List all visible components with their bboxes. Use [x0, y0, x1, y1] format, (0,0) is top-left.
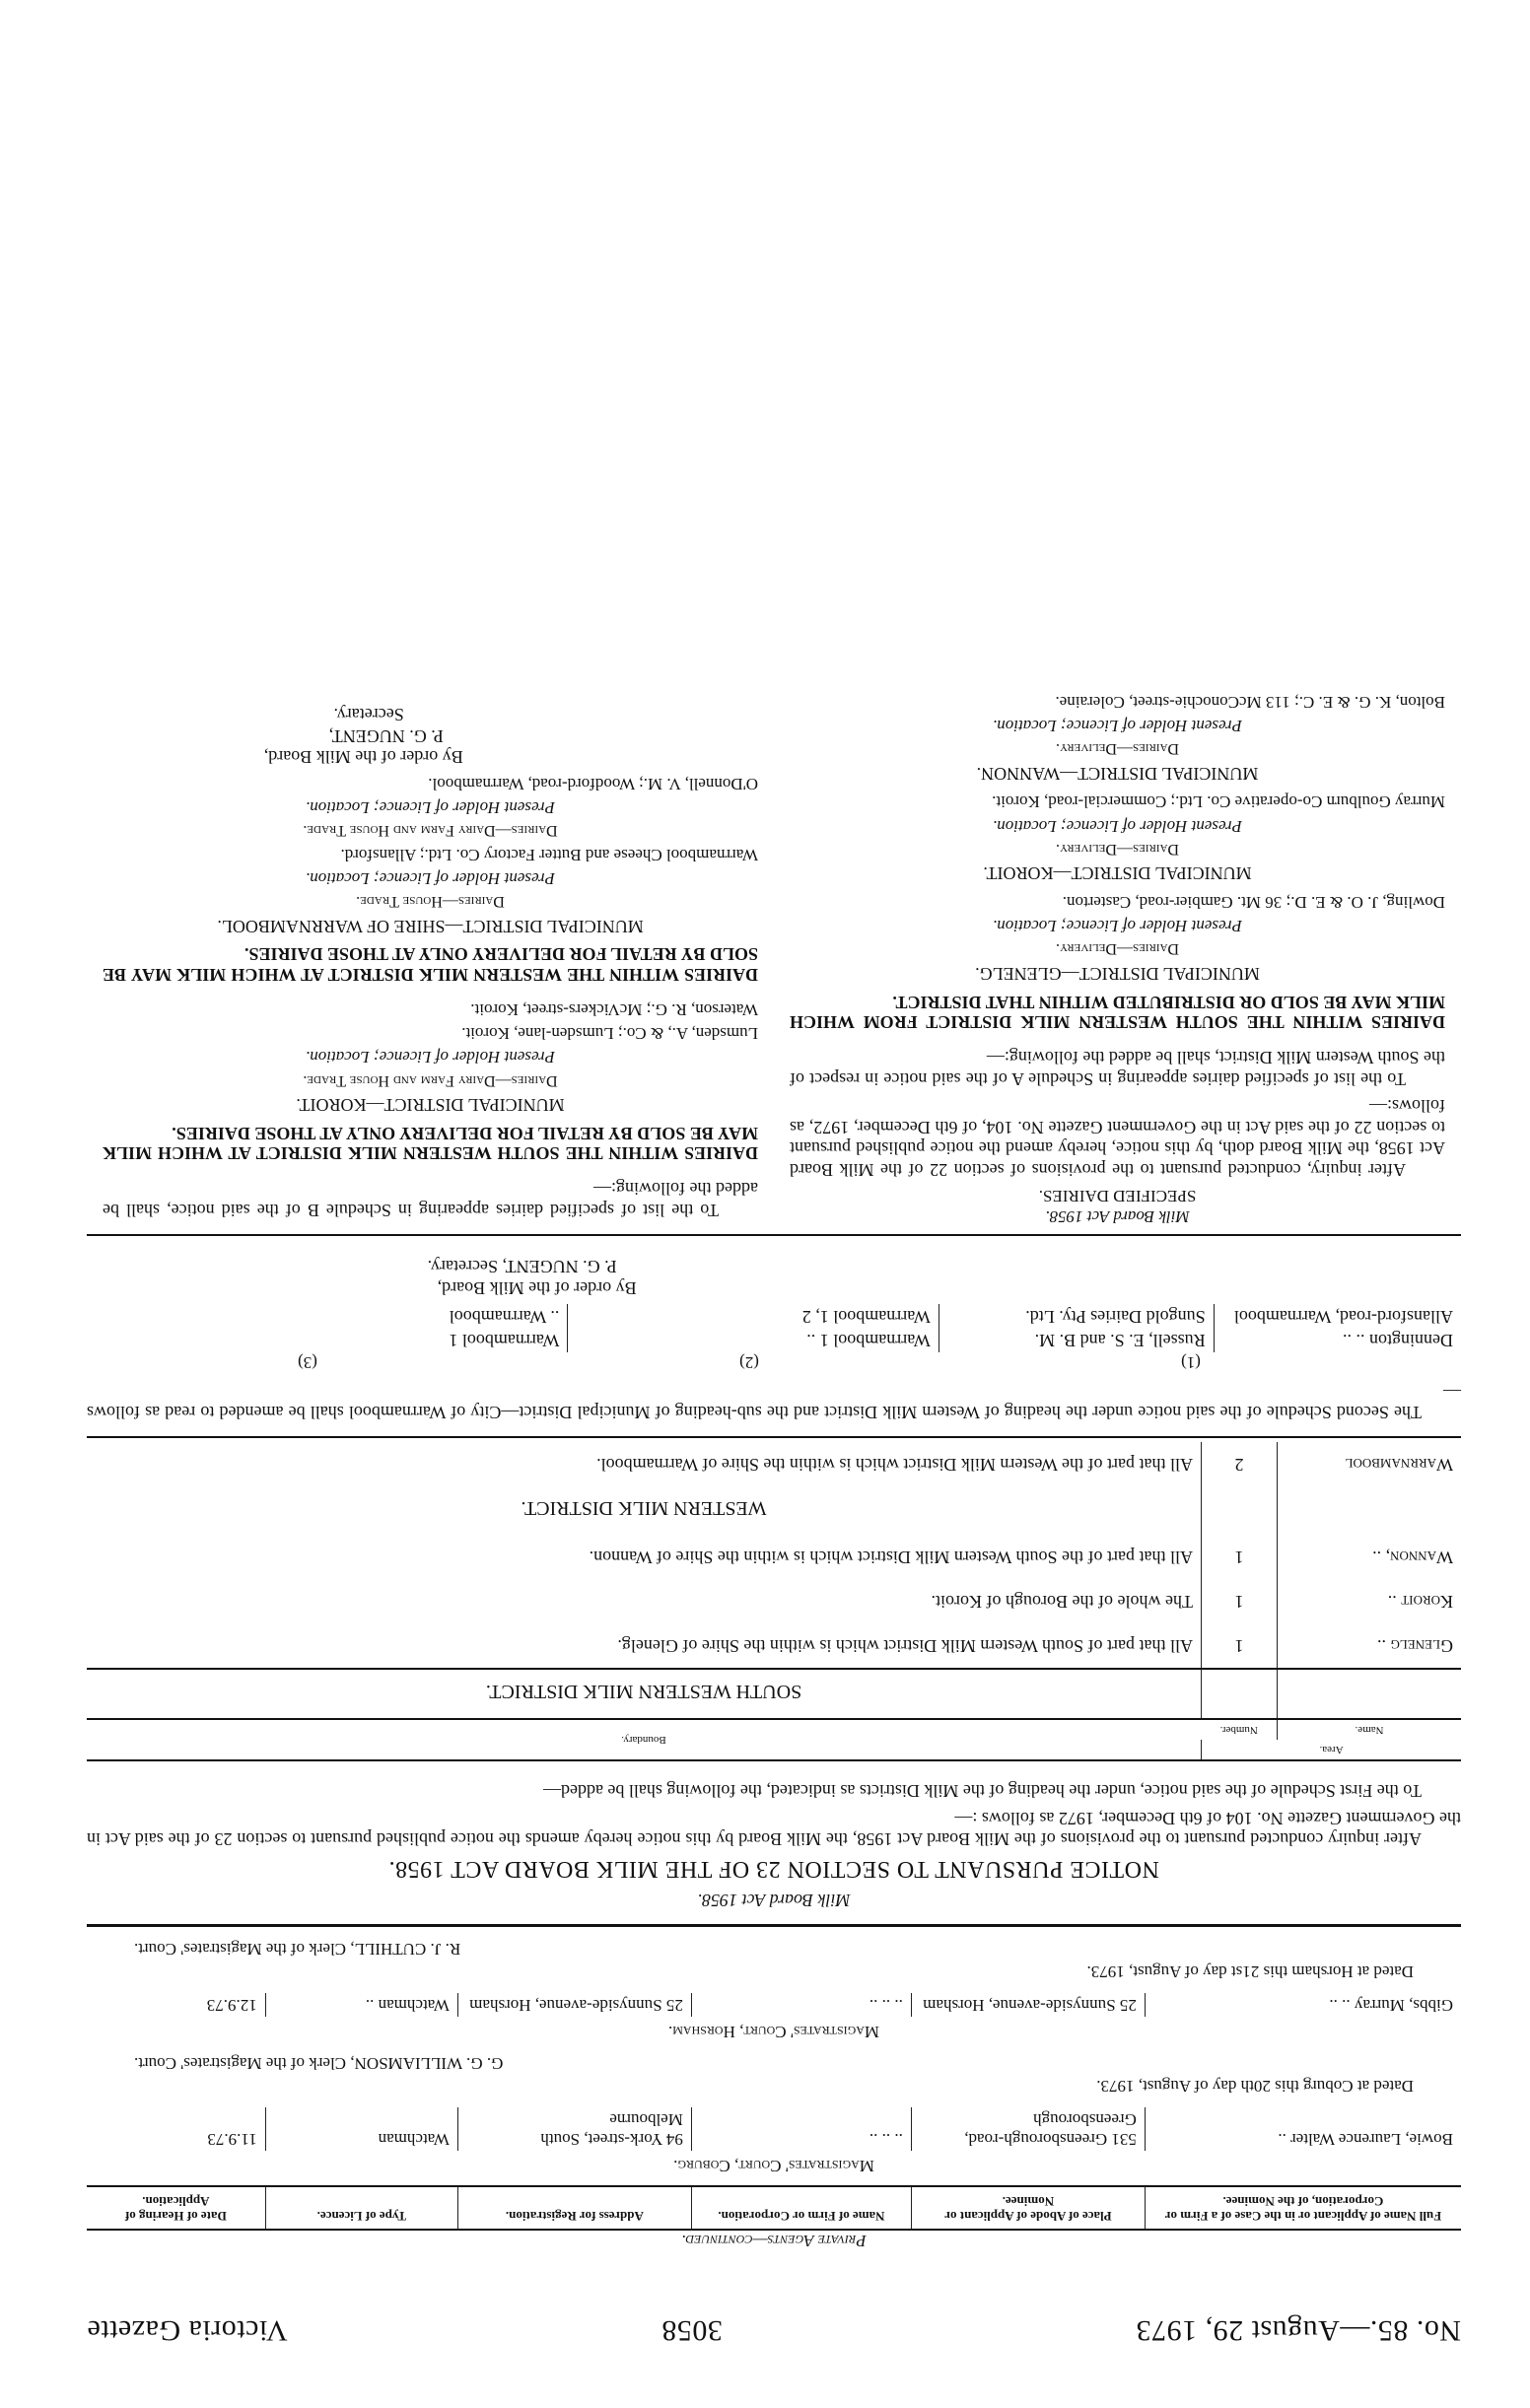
holder-label: Present Holder of Licence; Location.: [103, 868, 758, 888]
table-row: Dennington .. .. Russell, E. S. and B. M…: [87, 1329, 1461, 1353]
list-item: Murray Goulburn Co-operative Co. Ltd.; C…: [790, 791, 1445, 811]
area-number: 1: [1202, 1623, 1278, 1669]
dairy-district: Warrnambool 1 ..: [568, 1329, 939, 1353]
municipal-heading: MUNICIPAL DISTRICT—KOROIT.: [790, 862, 1445, 884]
dairy-type: Dairies—Dairy Farm and House Trade.: [103, 1070, 758, 1089]
cell-address: 94 York-street, South Melbourne: [457, 2107, 691, 2150]
right-column: To the list of specified dairies appeari…: [87, 691, 774, 1225]
cell-licence: Watchman ..: [265, 1993, 457, 2017]
dated-line: Dated at Coburg this 20th day of August,…: [95, 2077, 1453, 2106]
signoff-name: P. G. NUGENT, Secretary.: [87, 1256, 637, 1277]
gazette-page: No. 85.—August 29, 1973 3058 Victoria Ga…: [0, 0, 1530, 2408]
cell-name: Bowie, Laurence Walter ..: [1145, 2107, 1461, 2150]
second-schedule-text: The Second Schedule of the said notice u…: [87, 1380, 1461, 1422]
issue-date: No. 85.—August 29, 1973: [1136, 2313, 1461, 2347]
col-header: Date of Hearing of Application.: [87, 2186, 265, 2230]
private-agents-table: Full Name of Applicant or in the Case of…: [87, 1937, 1461, 2231]
dairy-holder: Russell, E. S. and B. M.: [939, 1329, 1214, 1353]
notice-title: NOTICE PURSUANT TO SECTION 23 OF THE MIL…: [87, 1855, 1461, 1882]
area-number: 1: [1202, 1579, 1278, 1623]
dairy-holder: Sungold Dairies Pty. Ltd.: [939, 1304, 1214, 1329]
notice-title: SPECIFIED DAIRIES.: [790, 1186, 1445, 1205]
dairy-type: Dairies—Delivery.: [790, 739, 1445, 758]
municipal-heading: MUNICIPAL DISTRICT—KOROIT.: [103, 1094, 758, 1116]
table-row: Bowie, Laurence Walter .. 531 Greensboro…: [87, 2107, 1461, 2150]
col-header: Full Name of Applicant or in the Case of…: [1145, 2186, 1461, 2230]
section-title: Private Agents—continued.: [87, 2231, 1461, 2250]
cell-date: 12.9.73: [87, 1993, 265, 2017]
municipal-heading: MUNICIPAL DISTRICT—GLENELG.: [790, 962, 1445, 984]
clerk-signature: R. J. CUTHILL, Clerk of the Magistrates'…: [95, 1939, 1453, 1959]
municipal-heading: MUNICIPAL DISTRICT—WANNON.: [790, 762, 1445, 784]
area-number: 1: [1202, 1535, 1278, 1579]
cell-date: 11.9.73: [87, 2107, 265, 2150]
col-number: (2): [528, 1352, 970, 1372]
court-heading: Magistrates' Court, Horsham.: [87, 2017, 1461, 2052]
dairy-area: Warrnambool 1: [87, 1329, 568, 1353]
signoff: By order of the Milk Board, P. G. NUGENT…: [87, 1256, 637, 1298]
milk-districts-table: Area. Boundary. Name. Number. SOUTH WEST…: [87, 1442, 1461, 1761]
section-heading: DAIRIES WITHIN THE WESTERN MILK DISTRICT…: [103, 944, 758, 985]
area-header: Area.: [1202, 1740, 1462, 1760]
number-header: Number.: [1202, 1719, 1278, 1740]
table-row: Warrnambool2All that part of the Western…: [87, 1442, 1461, 1486]
cell-abode: 531 Greensborough-road, Greensborough: [911, 2107, 1145, 2150]
col-header: Name of Firm or Corporation.: [691, 2186, 911, 2230]
district-heading: SOUTH WESTERN MILK DISTRICT.: [87, 1669, 1202, 1719]
cell-abode: 25 Sunnyside-avenue, Horsham: [911, 1993, 1145, 2017]
publication-name: Victoria Gazette: [87, 2313, 288, 2347]
cell-firm: .. .. ..: [691, 2107, 911, 2150]
area-number: 2: [1202, 1442, 1278, 1486]
signoff-title: Secretary.: [103, 703, 463, 724]
cell-licence: Watchman: [265, 2107, 457, 2150]
list-item: Warrnambool Cheese and Butter Factory Co…: [103, 844, 758, 863]
two-column-section: Milk Board Act 1958. SPECIFIED DAIRIES. …: [87, 691, 1461, 1235]
list-item: O'Donnell, V. M.; Woodford-road, Warrnam…: [103, 773, 758, 792]
table-row: Koroit ..1The whole of the Borough of Ko…: [87, 1579, 1461, 1623]
cell-name: Gibbs, Murray .. ..: [1145, 1993, 1461, 2017]
municipal-heading: MUNICIPAL DISTRICT—SHIRE OF WARRNAMBOOL.: [103, 915, 758, 936]
court-heading: Magistrates' Court, Coburg.: [87, 2151, 1461, 2187]
col-header: Place of Abode of Applicant or Nominee.: [911, 2186, 1145, 2230]
dairy-district: Warrnambool 1, 2: [568, 1304, 939, 1329]
area-boundary: All that part of the Western Milk Distri…: [87, 1442, 1202, 1486]
schedule-a-text: To the list of specified dairies appeari…: [790, 1046, 1445, 1088]
area-boundary: All that part of the South Western Milk …: [87, 1535, 1202, 1579]
holder-label: Present Holder of Licence; Location.: [790, 815, 1445, 835]
dairy-location: Allansford-road, Warrnambool: [1214, 1304, 1461, 1329]
col-number: (1): [970, 1352, 1412, 1372]
list-item: Dowling, J. O. & E. D.; 36 Mt. Gambier-r…: [790, 891, 1445, 911]
dairy-type: Dairies—Delivery.: [790, 840, 1445, 859]
divider: [87, 1436, 1461, 1438]
name-header: Name.: [1278, 1719, 1462, 1740]
schedule-b-text: To the list of specified dairies appeari…: [103, 1177, 758, 1219]
signoff-name: P. G. NUGENT,: [103, 724, 463, 746]
col-header: Type of Licence.: [265, 2186, 457, 2230]
notice-intro: After inquiry conducted pursuant to the …: [87, 1807, 1461, 1849]
act-reference: Milk Board Act 1958.: [790, 1205, 1445, 1225]
list-item: Waterson, R. G.; McVickers-street, Koroi…: [103, 998, 758, 1018]
holder-label: Present Holder of Licence; Location.: [103, 1047, 758, 1066]
first-schedule-text: To the First Schedule of the said notice…: [87, 1779, 1461, 1801]
cell-address: 25 Sunnyside-avenue, Horsham: [457, 1993, 691, 2017]
dairy-location: Dennington .. ..: [1214, 1329, 1461, 1353]
boundary-header: Boundary.: [87, 1719, 1202, 1760]
signoff: By order of the Milk Board, P. G. NUGENT…: [103, 703, 463, 767]
cell-firm: .. .. ..: [691, 1993, 911, 2017]
dated-line: Dated at Horsham this 21st day of August…: [95, 1962, 1453, 1992]
area-boundary: All that part of South Western Milk Dist…: [87, 1623, 1202, 1669]
notice-intro: After inquiry, conducted pursuant to the…: [790, 1095, 1445, 1180]
col-number: (3): [87, 1352, 528, 1372]
running-header: No. 85.—August 29, 1973 3058 Victoria Ga…: [87, 2307, 1461, 2347]
area-name: Glenelg ..: [1278, 1623, 1462, 1669]
left-column: Milk Board Act 1958. SPECIFIED DAIRIES. …: [774, 691, 1461, 1225]
section-heading: DAIRIES WITHIN THE SOUTH WESTERN MILK DI…: [103, 1123, 758, 1163]
area-name: Warrnambool: [1278, 1442, 1462, 1486]
section-heading: DAIRIES WITHIN THE SOUTH WESTERN MILK DI…: [790, 992, 1445, 1032]
divider: [87, 1924, 1461, 1927]
dairy-area: .. Warrnambool: [87, 1304, 568, 1329]
act-reference: Milk Board Act 1958.: [87, 1890, 1461, 1910]
signoff-line: By order of the Milk Board,: [103, 746, 463, 768]
holder-label: Present Holder of Licence; Location.: [790, 716, 1445, 735]
col-header: Address for Registration.: [457, 2186, 691, 2230]
area-name: Wannon, ..: [1278, 1535, 1462, 1579]
dairy-type: Dairies—House Trade.: [103, 892, 758, 911]
dairy-type: Dairies—Dairy Farm and House Trade.: [103, 821, 758, 840]
table-row: Wannon, ..1All that part of the South We…: [87, 1535, 1461, 1579]
holder-label: Present Holder of Licence; Location.: [103, 797, 758, 817]
list-item: Lumsden, A., & Co.; Lumsden-lane, Koroit…: [103, 1023, 758, 1043]
area-boundary: The whole of the Borough of Koroit.: [87, 1579, 1202, 1623]
page-number: 3058: [661, 2313, 723, 2347]
dairy-schedule-table: Dennington .. .. Russell, E. S. and B. M…: [87, 1304, 1461, 1352]
clerk-signature: G. G. WILLIAMSON, Clerk of the Magistrat…: [95, 2053, 1453, 2073]
signoff-line: By order of the Milk Board,: [87, 1276, 637, 1298]
table-row: Gibbs, Murray .. .. 25 Sunnyside-avenue,…: [87, 1993, 1461, 2017]
holder-label: Present Holder of Licence; Location.: [790, 916, 1445, 935]
list-item: Bolton, K. G. & E. C.; 113 McConochie-st…: [790, 691, 1445, 711]
area-name: Koroit ..: [1278, 1579, 1462, 1623]
table-row: Glenelg ..1All that part of South Wester…: [87, 1623, 1461, 1669]
dairy-type: Dairies—Delivery.: [790, 939, 1445, 958]
table-row: Allansford-road, Warrnambool Sungold Dai…: [87, 1304, 1461, 1329]
district-heading: WESTERN MILK DISTRICT.: [87, 1486, 1202, 1535]
